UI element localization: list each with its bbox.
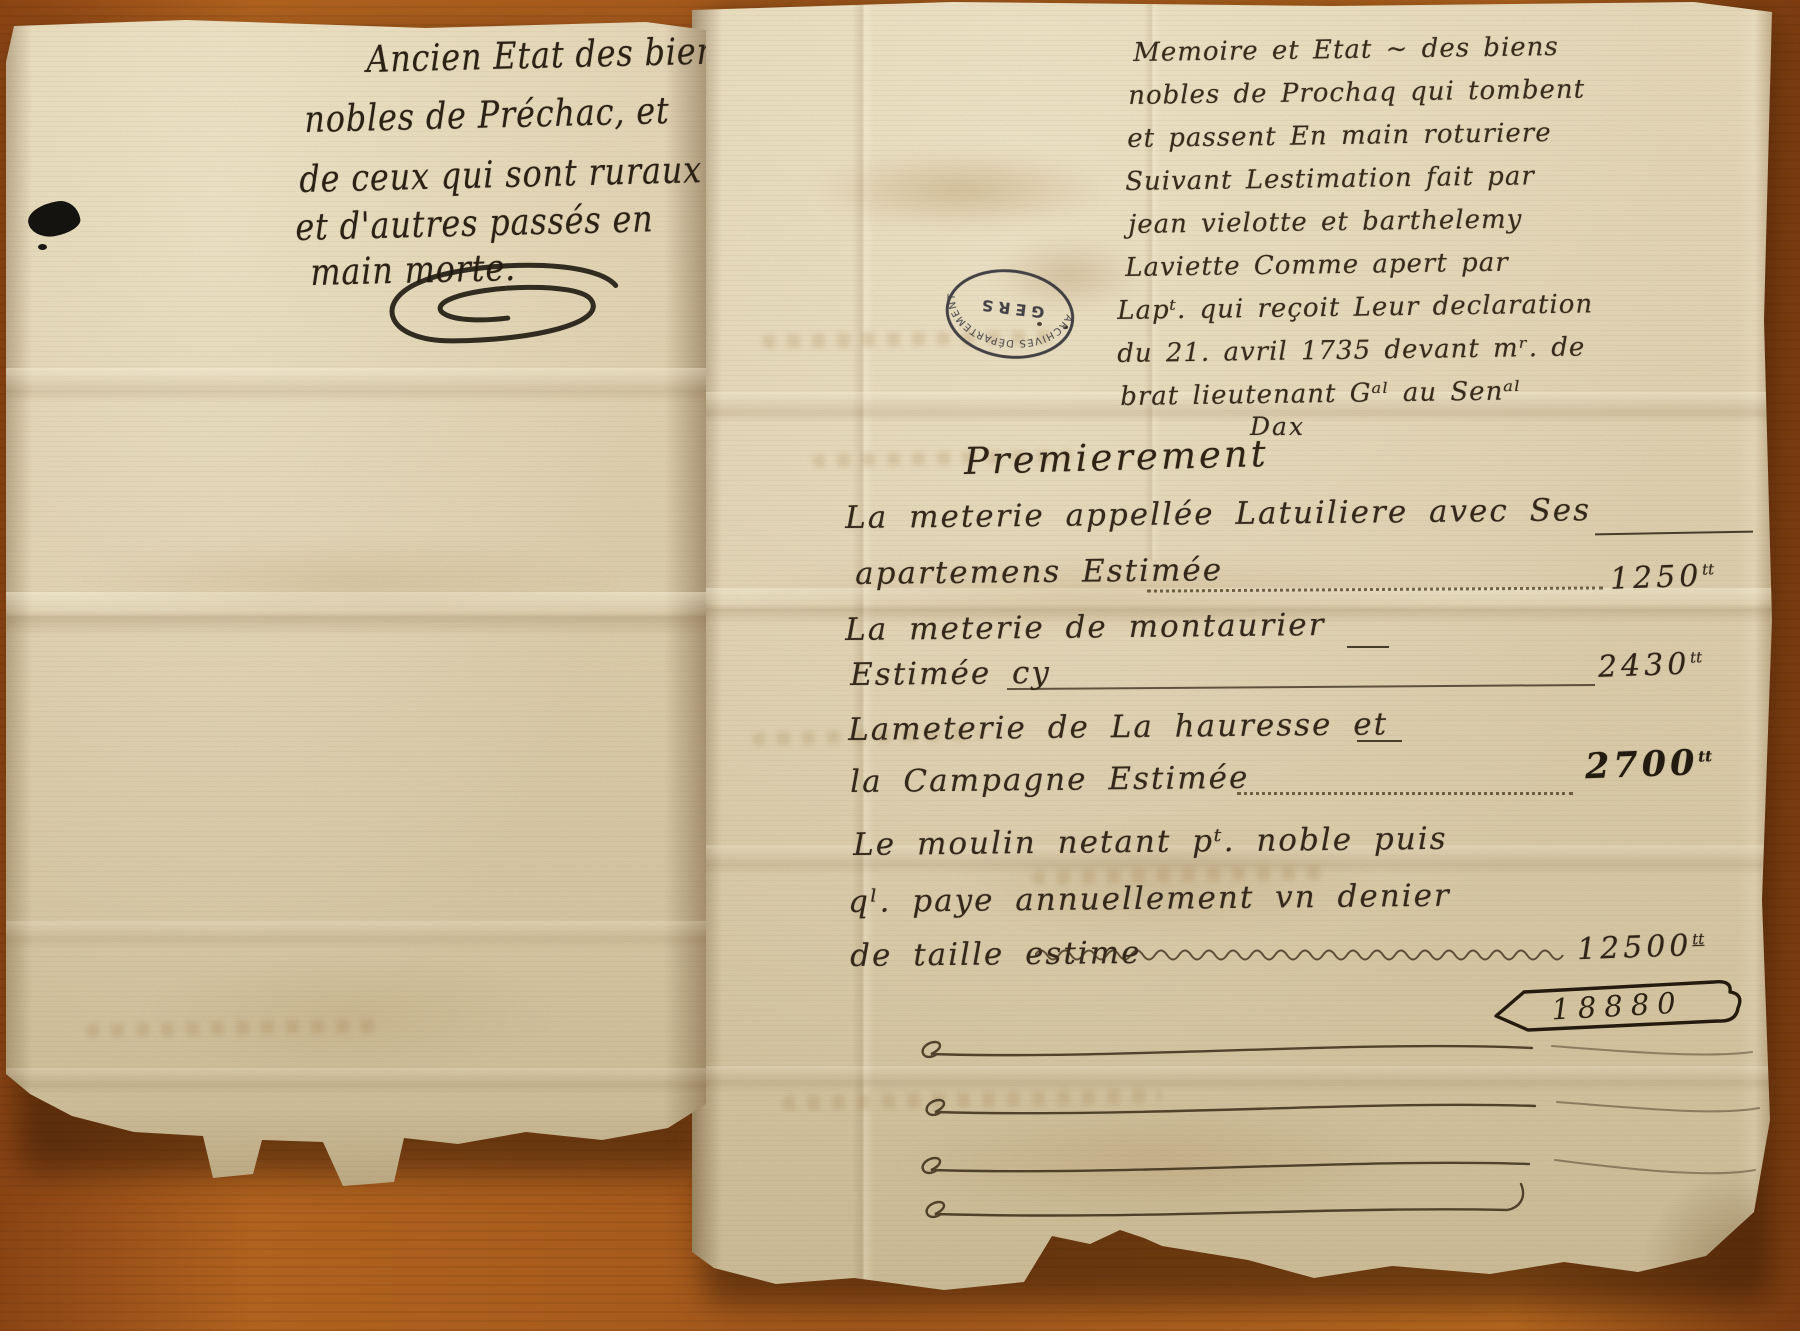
entry-value: 2700tt: [1584, 742, 1713, 787]
left-page: Ancien Etat des biens nobles de Préchac,…: [6, 16, 706, 1196]
entry-value: 1250tt: [1609, 558, 1715, 597]
leader-dots: [1237, 792, 1573, 795]
entry-line: La meterie de montaurier: [845, 607, 1326, 648]
value-number: 12500: [1576, 928, 1693, 967]
header-line: jean vielotte et barthelemy: [1128, 204, 1523, 240]
paraph-flourish: [352, 248, 636, 367]
entry-value: 12500tt: [1576, 928, 1705, 967]
title-line: nobles de Préchac, et: [304, 89, 670, 141]
entry-value: 2430tt: [1597, 646, 1703, 685]
page-edge-left: [6, 16, 32, 1196]
vertical-crease: [852, 0, 874, 1300]
title-line: Ancien Etat des biens: [366, 29, 735, 81]
section-heading: Premierement: [963, 432, 1269, 483]
value-number: 1250: [1609, 559, 1703, 597]
entry-line: la Campagne Estimée: [850, 760, 1250, 800]
stain: [136, 956, 556, 1076]
entry-line: La meterie appellée Latuiliere avec Ses: [845, 492, 1591, 536]
total-value: 18880: [1551, 986, 1685, 1027]
value-number: 2430: [1597, 647, 1691, 685]
entry-line: Lameterie de La hauresse et: [848, 706, 1388, 748]
horizontal-crease: [6, 592, 706, 636]
fold-shadow-right: [664, 16, 706, 1196]
archive-stamp: ARCHIVES DÉPARTEMENTALES GERS: [927, 237, 1092, 389]
entry-line: apartemens Estimée: [855, 552, 1223, 592]
header-line: Memoire et Etat ~ des biens: [1133, 32, 1559, 68]
stamp-center-text: GERS: [976, 295, 1046, 322]
header-line: brat lieutenant Gᵃˡ au Senᵃˡ: [1120, 376, 1522, 412]
stain: [812, 150, 1112, 230]
ink-blot-dot: [38, 244, 47, 250]
value-unit: tt: [1698, 747, 1712, 765]
title-line: de ceux qui sont ruraux: [299, 148, 702, 201]
ink-bleedthrough: [86, 1018, 386, 1037]
value-number: 2700: [1584, 742, 1699, 787]
header-line: nobles de Prochaq qui tombent: [1128, 75, 1585, 111]
leader-dash: [1357, 740, 1402, 742]
horizontal-crease: [6, 921, 706, 949]
blank-rule-lines: [907, 1030, 1777, 1240]
horizontal-crease: [6, 368, 706, 402]
leader-dash: [1595, 531, 1753, 536]
leader-line: [1007, 684, 1595, 690]
leader-squiggle: [1035, 944, 1575, 964]
value-unit: tt: [1702, 560, 1715, 578]
header-line: Laviette Comme apert par: [1125, 248, 1509, 283]
manuscript-photo: { "colors": { "wood": "#a3561c", "paper"…: [0, 0, 1800, 1331]
ink-blot: [26, 198, 83, 240]
entry-line: qˡ. paye annuellement vn denier: [848, 878, 1451, 920]
header-line: Suivant Lestimation fait par: [1125, 161, 1535, 197]
title-line: et d'autres passés en: [295, 197, 654, 249]
header-line: et passent En main roturiere: [1127, 118, 1552, 154]
value-unit: tt: [1692, 930, 1705, 948]
right-page: Memoire et Etat ~ des biens nobles de Pr…: [692, 0, 1774, 1300]
entry-line: Le moulin netant pᵗ. noble puis: [853, 821, 1448, 863]
value-unit: tt: [1690, 648, 1703, 666]
horizontal-crease: [6, 1068, 706, 1094]
header-line: Lapᵗ. qui reçoit Leur declaration: [1117, 289, 1593, 326]
header-line: du 21. avril 1735 devant mʳ. de: [1117, 332, 1586, 369]
stain: [66, 536, 626, 626]
leader-dash: [1347, 646, 1389, 648]
